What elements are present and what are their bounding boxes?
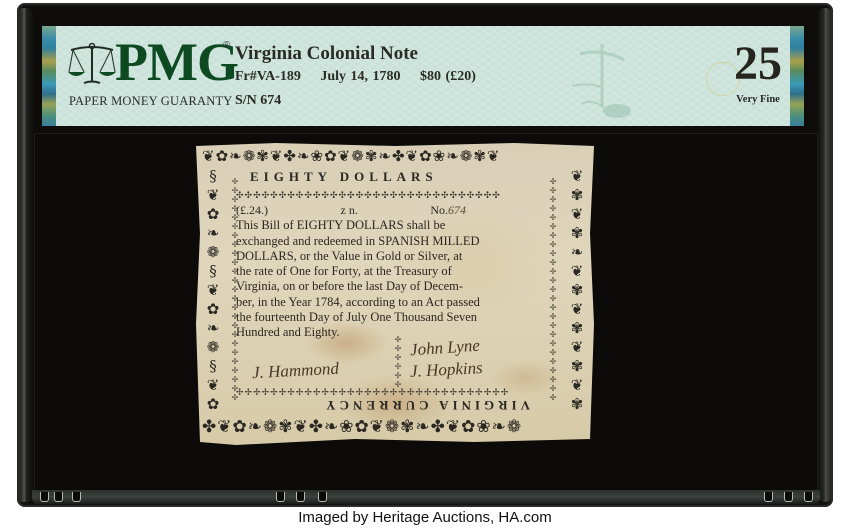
catalog-number: Fr#VA-189	[235, 69, 301, 84]
note-body: (£.24.) z n. No.674 This Bill of EIGHTY …	[236, 203, 556, 341]
grading-label: PMG ® PAPER MONEY GUARANTY Virginia Colo…	[42, 26, 804, 126]
body-line: Hundred and Eighty.	[236, 325, 556, 340]
issue-date: July 14, 1780	[320, 69, 400, 84]
slab-notch	[54, 492, 63, 502]
banknote-image: ❦✿❧❁✾❦✤❧❀✿❦❁✾❧✤❦✿❀❧❁✾❦ §❦✿❧❁§❦✿❧❁§❦✿ ❦✾❦…	[196, 143, 594, 445]
slab-notch	[784, 492, 793, 502]
serial-number: S/N 674	[235, 93, 281, 109]
number-label: No.	[430, 203, 448, 217]
pmg-wordmark: PMG	[115, 30, 238, 94]
signature: J. Hopkins	[410, 358, 484, 382]
note-details: Fr#VA-189 July 14, 1780 $80 (£20)	[235, 69, 491, 85]
ornamental-border-top: ❦✿❧❁✾❦✤❧❀✿❦❁✾❧✤❦✿❀❧❁✾❦	[202, 147, 588, 165]
note-header-text: EIGHTY DOLLARS	[250, 169, 438, 185]
pmg-tagline: PAPER MONEY GUARANTY	[69, 94, 233, 109]
body-line: the rate of One for Forty, at the Treasu…	[236, 264, 556, 279]
slab-notch	[318, 492, 327, 502]
grade-number: 25	[718, 34, 798, 94]
grade-description: Very Fine	[718, 94, 798, 105]
watermark-scales-icon	[562, 36, 637, 121]
slab-edge-left	[17, 8, 33, 502]
plate-letters: z n.	[341, 203, 358, 218]
body-line: DOLLARS, or the Value in Gold or Silver,…	[236, 249, 556, 264]
dotted-rule-middle: ✢✢✢✢✢✢	[394, 335, 402, 390]
pmg-logo: PMG	[68, 38, 238, 94]
note-footer-inverted-text: VIRGINIA CURRENCY	[322, 397, 530, 413]
slab-edge-bottom	[32, 490, 820, 504]
scales-of-justice-icon	[68, 42, 116, 86]
slab-edge-right	[818, 8, 832, 502]
denomination: $80 (£20)	[420, 69, 476, 84]
registered-mark: ®	[223, 40, 230, 51]
dotted-rule-top: ✣✣✣✣✣✣✣✣✣✣✣✣✣✣✣✣✣✣✣✣✣✣✣✣✣✣✣✣✣✣✣	[236, 191, 556, 201]
body-line: exchanged and redeemed in SPANISH MILLED	[236, 234, 556, 249]
slab-notch	[276, 492, 285, 502]
body-line: Virginia, on or before the last Day of D…	[236, 279, 556, 294]
note-top-line: (£.24.) z n. No.674	[236, 203, 466, 218]
note-title: Virginia Colonial Note	[235, 43, 418, 65]
signature: J. Hammond	[252, 359, 340, 384]
body-line: This Bill of EIGHTY DOLLARS shall be	[236, 218, 556, 233]
signature: John Lyne	[409, 336, 480, 361]
slab-notch	[40, 492, 49, 502]
body-line: the fourteenth Day of July One Thousand …	[236, 310, 556, 325]
ornamental-border-right: ❦✾❦✾❧❦✾❦✾❦✾❦✾	[566, 167, 588, 417]
ornamental-border-bottom: ✤❦✿❧❁✾❦✤❧❀✿❦❁✾❧✤❦✿❀❧❁	[202, 417, 588, 437]
image-credit: Imaged by Heritage Auctions, HA.com	[0, 509, 850, 526]
slab-notch	[72, 492, 81, 502]
note-number: No.674	[430, 203, 466, 218]
ornamental-border-left: §❦✿❧❁§❦✿❧❁§❦✿	[202, 167, 224, 417]
number-value: 674	[448, 203, 466, 217]
pounds-value: (£.24.)	[236, 203, 268, 218]
body-line: ber, in the Year 1784, according to an A…	[236, 295, 556, 310]
slab-notch	[804, 492, 813, 502]
slab-notch	[296, 492, 305, 502]
hologram-strip-left	[42, 26, 56, 126]
slab-notch	[764, 492, 773, 502]
